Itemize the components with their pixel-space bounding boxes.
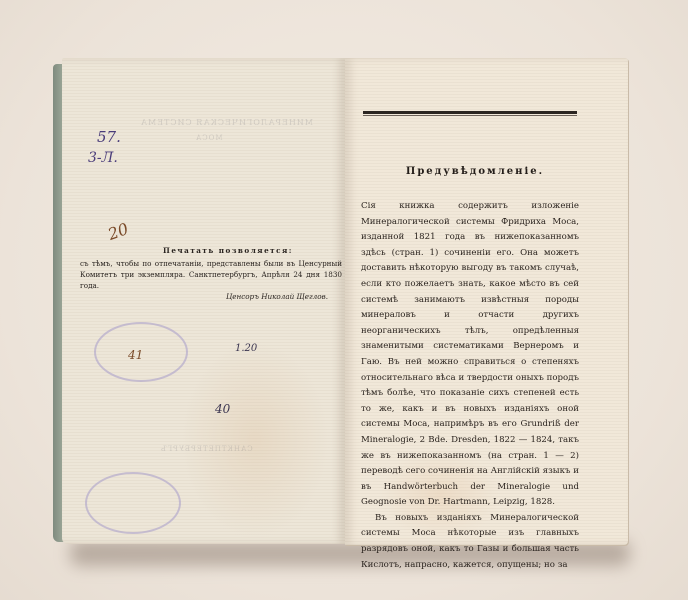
handwritten-shelfmark-2: 3-Л. bbox=[88, 150, 118, 166]
handwritten-number: 41 bbox=[128, 348, 143, 362]
preface-text: Сія книжка содержитъ изложеніе Минералог… bbox=[361, 199, 579, 573]
handwritten-shelfmark-1: 57. bbox=[97, 128, 121, 146]
approval-body: съ тѣмъ, чтобы по отпечатаніи, представл… bbox=[80, 258, 342, 291]
censor-signature: Ценсоръ Николай Щеглов. bbox=[80, 291, 342, 302]
water-stain bbox=[180, 340, 330, 540]
page-title: Предувѣдомленіе. bbox=[350, 166, 600, 177]
bleed-through-city: САНКТПЕТЕРБУРГЪ bbox=[160, 445, 253, 453]
library-stamp-bottom bbox=[85, 472, 181, 534]
approval-heading: Печатать позволяется: bbox=[80, 245, 342, 256]
bleed-through-author: МОСА bbox=[195, 134, 223, 142]
header-rule-thin bbox=[363, 115, 577, 116]
bleed-through-title: МИНЕРАЛОГИЧЕСКАЯ СИСТЕМА bbox=[140, 118, 313, 127]
handwritten-pencil-number: 40 bbox=[215, 402, 230, 416]
censorship-approval: Печатать позволяется: съ тѣмъ, чтобы по … bbox=[80, 245, 342, 302]
header-rule bbox=[363, 111, 577, 114]
handwritten-pencil-note: 1.20 bbox=[235, 343, 257, 354]
preface-paragraph-1: Сія книжка содержитъ изложеніе Минералог… bbox=[361, 199, 579, 511]
preface-paragraph-2: Въ новыхъ изданіяхъ Минералогической сис… bbox=[361, 511, 579, 573]
